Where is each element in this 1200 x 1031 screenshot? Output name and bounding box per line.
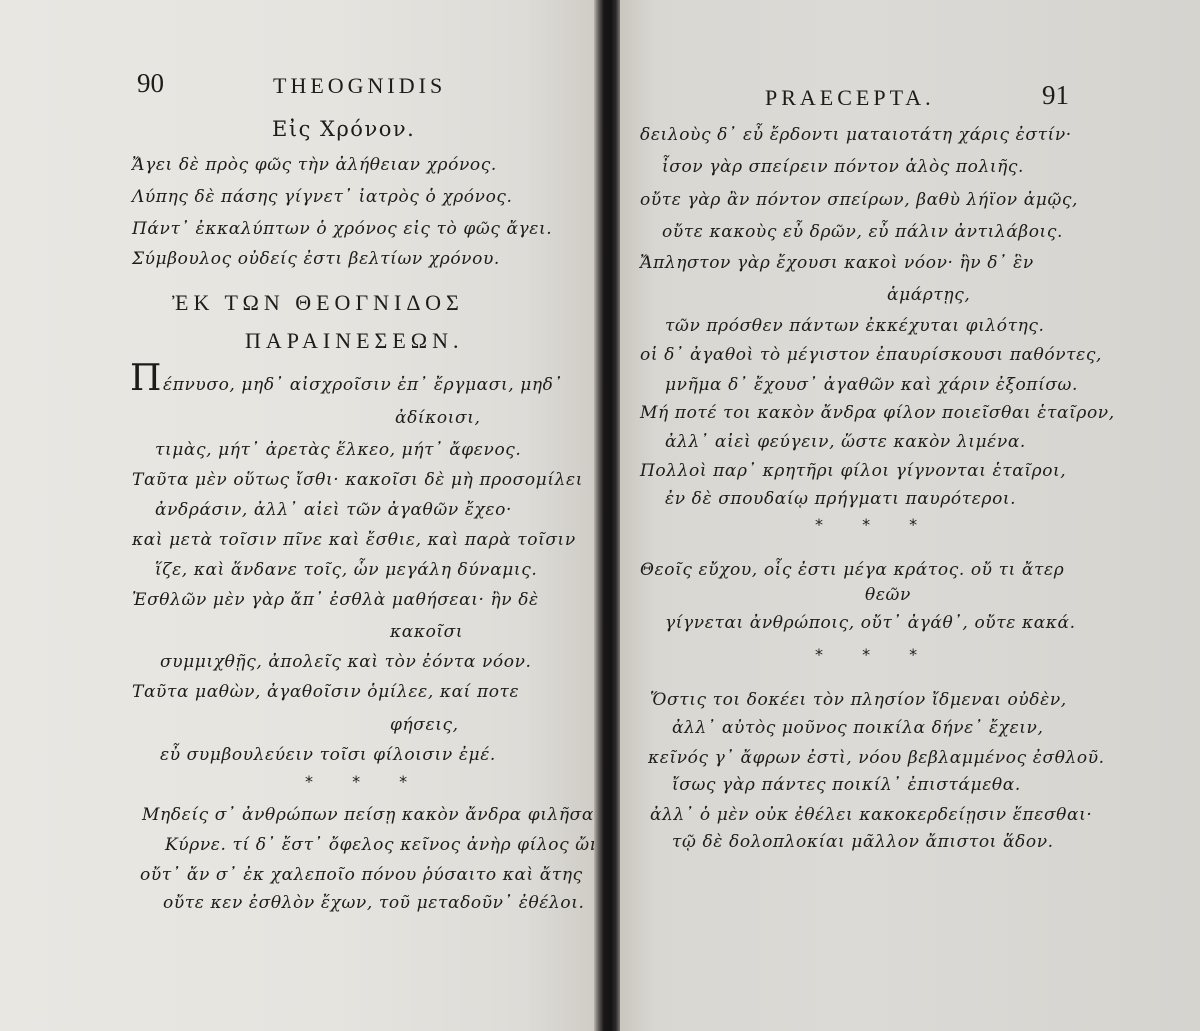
verse-line: Ἄγει δὲ πρὸς φῶς τὴν ἀλήθειαν χρόνος. xyxy=(132,155,497,175)
verse-line: Ταῦτα μαθὼν, ἀγαθοῖσιν ὁμίλεε, καί ποτε xyxy=(132,682,519,702)
verse-line: Πολλοὶ παρ᾽ κρητῆρι φίλοι γίγνονται ἑταῖ… xyxy=(640,461,1066,481)
verse-line: Ἐσθλῶν μὲν γὰρ ἄπ᾽ ἐσθλὰ μαθήσεαι· ἢν δὲ xyxy=(132,590,539,610)
verse-line: ἀδίκοισι, xyxy=(395,408,481,428)
verse-line: ἶσον γὰρ σπείρειν πόντον ἁλὸς πολιῆς. xyxy=(662,157,1024,177)
verse-line: οὔτ᾽ ἄν σ᾽ ἐκ χαλεποῖο πόνου ῥύσαιτο καὶ… xyxy=(140,865,583,885)
drop-cap: Π xyxy=(130,358,162,399)
verse-line: καὶ μετὰ τοῖσιν πῖνε καὶ ἔσθιε, καὶ παρὰ… xyxy=(132,530,576,550)
verse-line: Ταῦτα μὲν οὕτως ἴσθι· κακοῖσι δὲ μὴ προσ… xyxy=(132,470,583,490)
verse-line: Πάντ᾽ ἐκκαλύπτων ὁ χρόνος εἰς τὸ φῶς ἄγε… xyxy=(132,219,552,239)
verse-line: εὖ συμβουλεύειν τοῖσι φίλοισιν ἐμέ. xyxy=(160,745,496,765)
left-page: 90 THEOGNIDIS Εἰς Χρόνον. Ἄγει δὲ πρὸς φ… xyxy=(0,0,596,1031)
verse-line: τιμὰς, μήτ᾽ ἀρετὰς ἕλκεο, μήτ᾽ ἄφενος. xyxy=(155,440,521,460)
verse-line: οὔτε γὰρ ἂν πόντον σπείρων, βαθὺ λήϊον ἀ… xyxy=(640,190,1078,210)
verse-line: ἀλλ᾽ ὁ μὲν οὐκ ἐθέλει κακοκερδείῃσιν ἕπε… xyxy=(650,805,1092,825)
verse-line: Ἄπληστον γὰρ ἔχουσι κακοὶ νόον· ἢν δ᾽ ἓν xyxy=(640,253,1034,273)
book-spread: 90 THEOGNIDIS Εἰς Χρόνον. Ἄγει δὲ πρὸς φ… xyxy=(0,0,1200,1031)
verse-line: Ὅστις τοι δοκέει τὸν πλησίον ἴδμεναι οὐδ… xyxy=(650,690,1067,710)
verse-line: ἀνδράσιν, ἀλλ᾽ αἰεὶ τῶν ἀγαθῶν ἔχεο· xyxy=(155,500,512,520)
page-number-left: 90 xyxy=(137,68,164,99)
verse-line-dropcap: Πέπνυσο, μηδ᾽ αἰσχροῖσιν ἐπ᾽ ἔργμασι, μη… xyxy=(130,375,563,395)
book-gutter xyxy=(594,0,622,1031)
verse-line: φήσεις, xyxy=(390,715,459,735)
section-heading-line-2: ΠΑΡΑΙΝΕΣΕΩΝ. xyxy=(245,328,464,354)
section-separator: * * * xyxy=(815,515,917,534)
verse-line: ἁμάρτῃς, xyxy=(887,285,970,305)
verse-line: τῶν πρόσθεν πάντων ἐκκέχυται φιλότης. xyxy=(665,316,1045,336)
section-heading-line-1: ἘΚ ΤΩΝ ΘΕΟΓΝΙΔΟΣ xyxy=(172,290,464,316)
verse-line: οἱ δ᾽ ἀγαθοὶ τὸ μέγιστον ἐπαυρίσκουσι πα… xyxy=(640,345,1102,365)
section-separator: * * * xyxy=(305,772,407,791)
running-head-left: THEOGNIDIS xyxy=(273,73,446,99)
verse-line: Κύρνε. τί δ᾽ ἔστ᾽ ὄφελος κεῖνος ἀνὴρ φίλ… xyxy=(165,835,607,855)
verse-line: Θεοῖς εὔχου, οἷς ἐστι μέγα κράτος. οὔ τι… xyxy=(640,560,1064,580)
verse-line: οὔτε κεν ἐσθλὸν ἔχων, τοῦ μεταδοῦν᾽ ἐθέλ… xyxy=(163,893,584,913)
verse-line: οὔτε κακοὺς εὖ δρῶν, εὖ πάλιν ἀντιλάβοις… xyxy=(662,222,1063,242)
verse-line: κεῖνός γ᾽ ἄφρων ἐστὶ, νόου βεβλαμμένος ἐ… xyxy=(648,748,1105,768)
verse-line: συμμιχθῇς, ἀπολεῖς καὶ τὸν ἐόντα νόον. xyxy=(160,652,532,672)
verse-line: Σύμβουλος οὐδείς ἐστι βελτίων χρόνου. xyxy=(132,249,500,269)
verse-line: ἴσως γὰρ πάντες ποικίλ᾽ ἐπιστάμεθα. xyxy=(672,775,1021,795)
verse-line: τῷ δὲ δολοπλοκίαι μᾶλλον ἄπιστοι ἅδον. xyxy=(672,832,1054,852)
verse-line: ἀλλ᾽ αἰεὶ φεύγειν, ὥστε κακὸν λιμένα. xyxy=(665,432,1026,452)
verse-line: γίγνεται ἀνθρώποις, οὔτ᾽ ἀγάθ᾽, οὔτε κακ… xyxy=(665,613,1076,633)
page-number-right: 91 xyxy=(1042,80,1069,111)
verse-line: δειλοὺς δ᾽ εὖ ἔρδοντι ματαιοτάτη χάρις ἐ… xyxy=(640,125,1072,145)
verse-line: Μηδείς σ᾽ ἀνθρώπων πείσῃ κακὸν ἄνδρα φιλ… xyxy=(142,805,607,825)
verse-line: θεῶν xyxy=(865,585,911,605)
verse-line: ἐν δὲ σπουδαίῳ πρήγματι παυρότεροι. xyxy=(665,489,1016,509)
section-title-chronos: Εἰς Χρόνον. xyxy=(272,117,415,141)
verse-line: κακοῖσι xyxy=(390,622,463,642)
verse-text: έπνυσο, μηδ᾽ αἰσχροῖσιν ἐπ᾽ ἔργμασι, μηδ… xyxy=(163,375,563,395)
running-head-right: PRAECEPTA. xyxy=(765,85,935,111)
verse-line: μνῆμα δ᾽ ἔχουσ᾽ ἀγαθῶν καὶ χάριν ἐξοπίσω… xyxy=(665,375,1078,395)
verse-line: Λύπης δὲ πάσης γίγνετ᾽ ἰατρὸς ὁ χρόνος. xyxy=(132,187,513,207)
section-separator: * * * xyxy=(815,645,917,664)
verse-line: ἵζε, καὶ ἅνδανε τοῖς, ὧν μεγάλη δύναμις. xyxy=(155,560,537,580)
verse-line: Μή ποτέ τοι κακὸν ἄνδρα φίλον ποιεῖσθαι … xyxy=(640,403,1115,423)
right-page: PRAECEPTA. 91 δειλοὺς δ᾽ εὖ ἔρδοντι ματα… xyxy=(620,0,1200,1031)
verse-line: ἀλλ᾽ αὐτὸς μοῦνος ποικίλα δήνε᾽ ἔχειν, xyxy=(672,718,1044,738)
